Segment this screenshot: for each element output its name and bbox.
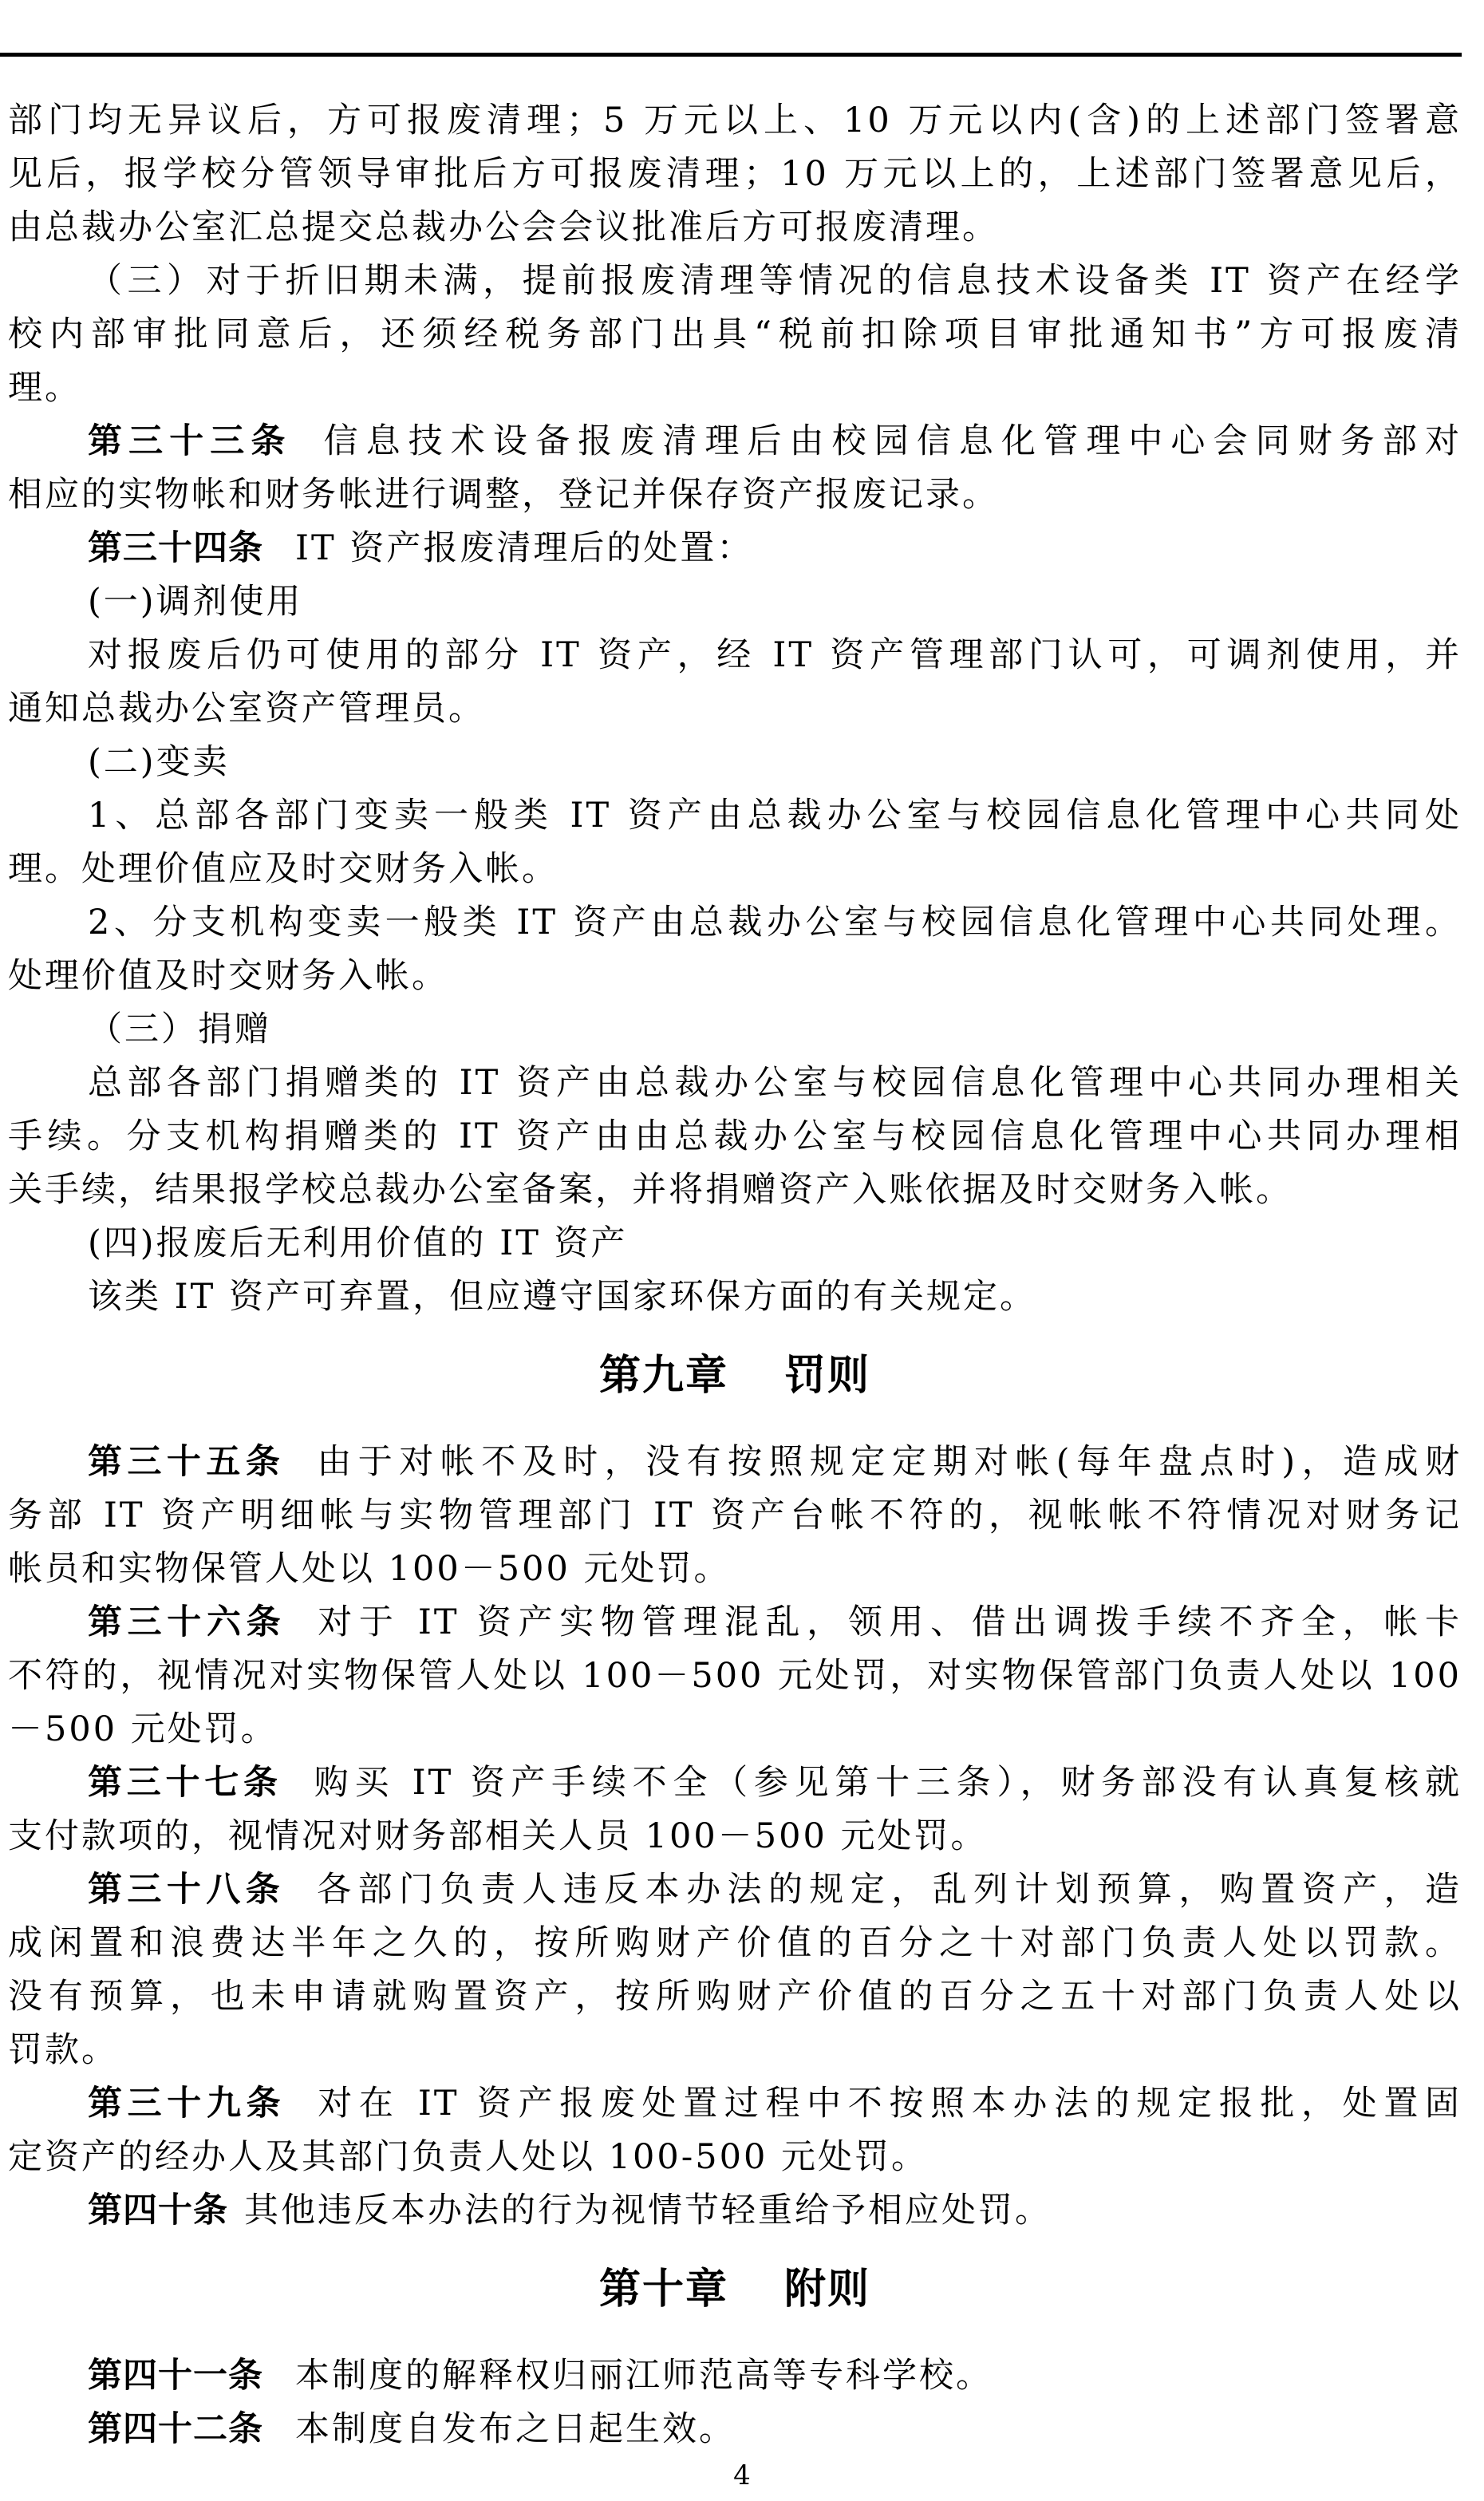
line-text: 定资产的经办人及其部门负责人处以 100-500 元处罚。 bbox=[8, 2137, 928, 2177]
line-text: 1、总部各部门变卖一般类 IT 资产由总裁办公室与校园信息化管理中心共同处 bbox=[88, 796, 1462, 836]
line-text: 部门均无异议后，方可报废清理；5 万元以上、10 万元以内(含)的上述部门签署意 bbox=[8, 101, 1462, 140]
text-line: （三）对于折旧期未满，提前报废清理等情况的信息技术设备类 IT 资产在经学 bbox=[8, 255, 1462, 308]
article-line: 第三十九条对在 IT 资产报废处置过程中不按照本办法的规定报批，处置固 bbox=[8, 2077, 1462, 2131]
text-line: (四)报废后无利用价值的 IT 资产 bbox=[8, 1217, 1462, 1270]
article-line: 第四十一条本制度的解释权归丽江师范高等专科学校。 bbox=[8, 2349, 1462, 2403]
article-number: 第三十五条 bbox=[88, 1442, 285, 1482]
text-line: 手续。分支机构捐赠类的 IT 资产由由总裁办公室与校园信息化管理中心共同办理相 bbox=[8, 1110, 1462, 1164]
line-text: 相应的实物帐和财务帐进行调整，登记并保存资产报废记录。 bbox=[8, 475, 999, 515]
text-line: 支付款项的，视情况对财务部相关人员 100－500 元处罚。 bbox=[8, 1810, 1462, 1863]
article-number: 第四十条 bbox=[88, 2191, 228, 2230]
header-rule bbox=[0, 53, 1462, 57]
line-text: （三）对于折旧期未满，提前报废清理等情况的信息技术设备类 IT 资产在经学 bbox=[88, 261, 1462, 301]
text-line: 理。 bbox=[8, 362, 1462, 415]
line-text: 处理价值及时交财务入帐。 bbox=[8, 956, 448, 996]
text-line: 部门均无异议后，方可报废清理；5 万元以上、10 万元以内(含)的上述部门签署意 bbox=[8, 94, 1462, 148]
article-number: 第三十七条 bbox=[88, 1763, 282, 1803]
text-line: (一)调剂使用 bbox=[8, 575, 1462, 629]
chapter-heading: 第十章附则 bbox=[8, 2238, 1462, 2349]
line-text: 对在 IT 资产报废处置过程中不按照本办法的规定报批，处置固 bbox=[318, 2084, 1462, 2124]
text-line: 不符的，视情况对实物保管人处以 100－500 元处罚，对实物保管部门负责人处以… bbox=[8, 1650, 1462, 1703]
line-text: 务部 IT 资产明细帐与实物管理部门 IT 资产台帐不符的，视帐帐不符情况对财务… bbox=[8, 1495, 1462, 1535]
text-line: （三）捐赠 bbox=[8, 1003, 1462, 1057]
chapter-heading: 第九章罚则 bbox=[8, 1324, 1462, 1436]
text-line: (二)变卖 bbox=[8, 736, 1462, 789]
line-text: 理。 bbox=[8, 368, 81, 408]
line-text: 由于对帐不及时，没有按照规定定期对帐(每年盘点时)，造成财 bbox=[317, 1442, 1462, 1482]
line-text: （三）捐赠 bbox=[88, 1009, 271, 1049]
article-line: 第三十三条信息技术设备报废清理后由校园信息化管理中心会同财务部对 bbox=[8, 415, 1462, 468]
text-line: 对报废后仍可使用的部分 IT 资产，经 IT 资产管理部门认可，可调剂使用，并 bbox=[8, 629, 1462, 682]
line-text: 理。处理价值应及时交财务入帐。 bbox=[8, 849, 558, 889]
text-line: 关手续，结果报学校总裁办公室备案，并将捐赠资产入账依据及时交财务入帐。 bbox=[8, 1164, 1462, 1217]
line-text: 由总裁办公室汇总提交总裁办公会会议批准后方可报废清理。 bbox=[8, 207, 999, 247]
text-line: 没有预算，也未申请就购置资产，按所购财产价值的百分之五十对部门负责人处以 bbox=[8, 1970, 1462, 2024]
line-text: 罚款。 bbox=[8, 2030, 118, 2070]
line-text: 对报废后仍可使用的部分 IT 资产，经 IT 资产管理部门认可，可调剂使用，并 bbox=[88, 635, 1462, 675]
article-line: 第三十六条对于 IT 资产实物管理混乱，领用、借出调拨手续不齐全，帐卡 bbox=[8, 1596, 1462, 1650]
article-line: 第三十五条由于对帐不及时，没有按照规定定期对帐(每年盘点时)，造成财 bbox=[8, 1436, 1462, 1489]
line-text: 购买 IT 资产手续不全（参见第十三条），财务部没有认真复核就 bbox=[314, 1763, 1462, 1803]
text-line: 定资产的经办人及其部门负责人处以 100-500 元处罚。 bbox=[8, 2131, 1462, 2184]
article-number: 第三十八条 bbox=[88, 1870, 285, 1910]
article-number: 第四十一条 bbox=[88, 2356, 263, 2396]
article-number: 第三十六条 bbox=[88, 1602, 286, 1642]
text-line: 总部各部门捐赠类的 IT 资产由总裁办公室与校园信息化管理中心共同办理相关 bbox=[8, 1057, 1462, 1110]
line-text: 对于 IT 资产实物管理混乱，领用、借出调拨手续不齐全，帐卡 bbox=[318, 1602, 1462, 1642]
line-text: 不符的，视情况对实物保管人处以 100－500 元处罚，对实物保管部门负责人处以… bbox=[8, 1656, 1462, 1696]
chapter-number: 第十章 bbox=[599, 2266, 728, 2313]
text-line: 通知总裁办公室资产管理员。 bbox=[8, 682, 1462, 736]
chapter-title: 附则 bbox=[784, 2266, 870, 2313]
article-line: 第三十四条IT 资产报废清理后的处置： bbox=[8, 522, 1462, 575]
line-text: (四)报废后无利用价值的 IT 资产 bbox=[88, 1223, 628, 1263]
line-text: 本制度的解释权归丽江师范高等专科学校。 bbox=[295, 2356, 993, 2396]
line-text: 2、分支机构变卖一般类 IT 资产由总裁办公室与校园信息化管理中心共同处理。 bbox=[88, 903, 1462, 942]
text-line: 务部 IT 资产明细帐与实物管理部门 IT 资产台帐不符的，视帐帐不符情况对财务… bbox=[8, 1489, 1462, 1543]
line-text: 见后，报学校分管领导审批后方可报废清理；10 万元以上的，上述部门签署意见后， bbox=[8, 154, 1462, 194]
line-text: 帐员和实物保管人处以 100－500 元处罚。 bbox=[8, 1549, 730, 1589]
text-line: 1、总部各部门变卖一般类 IT 资产由总裁办公室与校园信息化管理中心共同处 bbox=[8, 789, 1462, 843]
line-text: －500 元处罚。 bbox=[8, 1709, 278, 1749]
line-text: 各部门负责人违反本办法的规定，乱列计划预算，购置资产，造 bbox=[317, 1870, 1462, 1910]
line-text: 成闲置和浪费达半年之久的，按所购财产价值的百分之十对部门负责人处以罚款。 bbox=[8, 1923, 1462, 1963]
chapter-number: 第九章 bbox=[599, 1352, 728, 1400]
line-text: 信息技术设备报废清理后由校园信息化管理中心会同财务部对 bbox=[323, 421, 1462, 461]
line-text: 该类 IT 资产可弃置，但应遵守国家环保方面的有关规定。 bbox=[88, 1277, 1036, 1317]
text-line: －500 元处罚。 bbox=[8, 1703, 1462, 1756]
article-number: 第三十九条 bbox=[88, 2084, 286, 2124]
line-text: (一)调剂使用 bbox=[88, 582, 303, 622]
line-text: 其他违反本办法的行为视情节轻重给予相应处罚。 bbox=[244, 2191, 1052, 2230]
chapter-title: 罚则 bbox=[784, 1352, 870, 1400]
article-number: 第三十四条 bbox=[88, 528, 263, 568]
text-line: 帐员和实物保管人处以 100－500 元处罚。 bbox=[8, 1543, 1462, 1596]
document-body: 部门均无异议后，方可报废清理；5 万元以上、10 万元以内(含)的上述部门签署意… bbox=[8, 94, 1462, 2456]
line-text: 关手续，结果报学校总裁办公室备案，并将捐赠资产入账依据及时交财务入帐。 bbox=[8, 1170, 1293, 1210]
page-number: 4 bbox=[0, 2460, 1484, 2491]
line-text: 没有预算，也未申请就购置资产，按所购财产价值的百分之五十对部门负责人处以 bbox=[8, 1977, 1462, 2017]
text-line: 见后，报学校分管领导审批后方可报废清理；10 万元以上的，上述部门签署意见后， bbox=[8, 148, 1462, 201]
article-number: 第四十二条 bbox=[88, 2409, 263, 2449]
line-text: IT 资产报废清理后的处置： bbox=[295, 528, 753, 568]
text-line: 理。处理价值应及时交财务入帐。 bbox=[8, 843, 1462, 896]
line-text: 支付款项的，视情况对财务部相关人员 100－500 元处罚。 bbox=[8, 1816, 987, 1856]
text-line: 成闲置和浪费达半年之久的，按所购财产价值的百分之十对部门负责人处以罚款。 bbox=[8, 1917, 1462, 1970]
text-line: 相应的实物帐和财务帐进行调整，登记并保存资产报废记录。 bbox=[8, 468, 1462, 522]
text-line: 校内部审批同意后，还须经税务部门出具“税前扣除项目审批通知书”方可报废清 bbox=[8, 308, 1462, 362]
text-line: 处理价值及时交财务入帐。 bbox=[8, 950, 1462, 1003]
article-number: 第三十三条 bbox=[88, 421, 291, 461]
article-line: 第四十条其他违反本办法的行为视情节轻重给予相应处罚。 bbox=[8, 2184, 1462, 2238]
line-text: (二)变卖 bbox=[88, 742, 230, 782]
line-text: 总部各部门捐赠类的 IT 资产由总裁办公室与校园信息化管理中心共同办理相关 bbox=[88, 1063, 1462, 1103]
text-line: 罚款。 bbox=[8, 2024, 1462, 2077]
article-line: 第三十七条购买 IT 资产手续不全（参见第十三条），财务部没有认真复核就 bbox=[8, 1756, 1462, 1810]
article-line: 第三十八条各部门负责人违反本办法的规定，乱列计划预算，购置资产，造 bbox=[8, 1863, 1462, 1917]
line-text: 通知总裁办公室资产管理员。 bbox=[8, 689, 485, 729]
line-text: 校内部审批同意后，还须经税务部门出具“税前扣除项目审批通知书”方可报废清 bbox=[8, 314, 1462, 354]
line-text: 手续。分支机构捐赠类的 IT 资产由由总裁办公室与校园信息化管理中心共同办理相 bbox=[8, 1116, 1462, 1156]
text-line: 该类 IT 资产可弃置，但应遵守国家环保方面的有关规定。 bbox=[8, 1270, 1462, 1324]
text-line: 由总裁办公室汇总提交总裁办公会会议批准后方可报废清理。 bbox=[8, 201, 1462, 255]
text-line: 2、分支机构变卖一般类 IT 资产由总裁办公室与校园信息化管理中心共同处理。 bbox=[8, 896, 1462, 950]
article-line: 第四十二条本制度自发布之日起生效。 bbox=[8, 2403, 1462, 2456]
line-text: 本制度自发布之日起生效。 bbox=[295, 2409, 736, 2449]
